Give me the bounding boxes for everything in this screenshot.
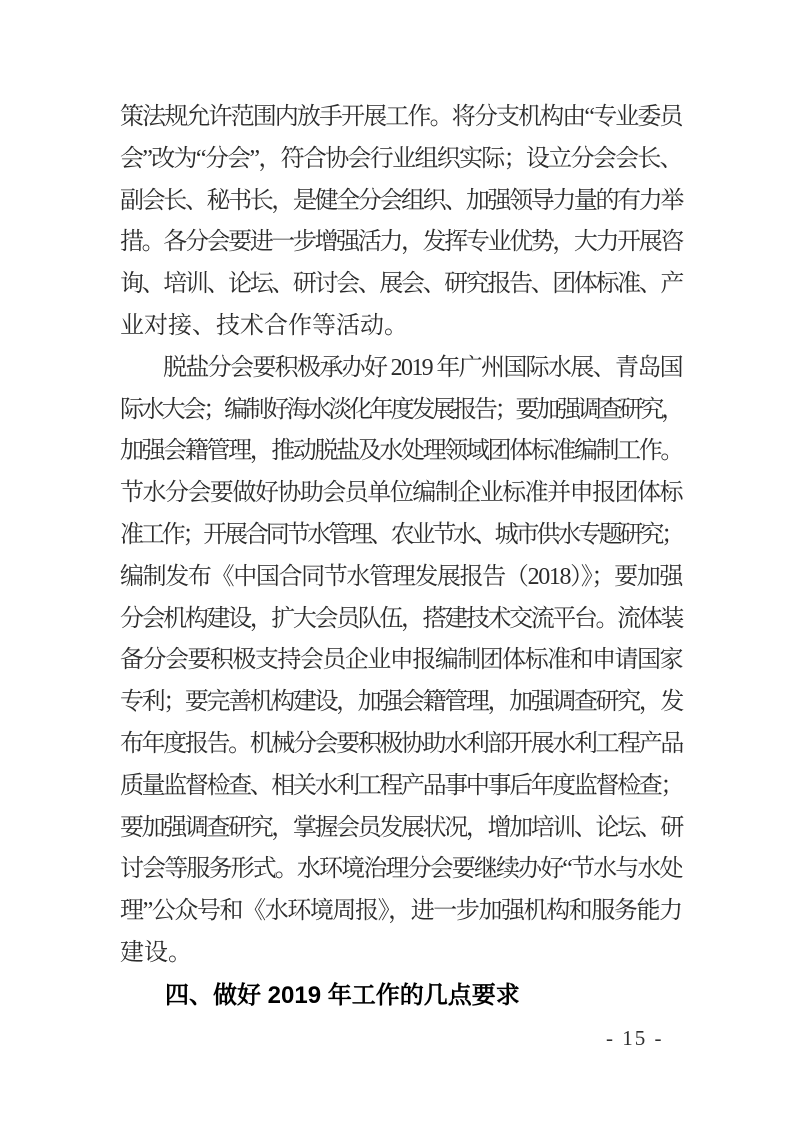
text-line-content: 措。各分会要进一步增强活力，发挥专业优势，大力开展咨 — [120, 222, 682, 264]
text-line: 建设。 — [120, 933, 682, 975]
text-line-content: 布年度报告。机械分会要积极协助水利部开展水利工程产品 — [120, 724, 682, 766]
text-line: 策法规允许范围内放手开展工作。将分支机构由“专业委员 — [120, 97, 682, 139]
text-line-content: 专利；要完善机构建设，加强会籍管理，加强调查研究，发 — [120, 682, 682, 724]
text-line: 会”改为“分会”，符合协会行业组织实际；设立分会会长、 — [120, 139, 682, 181]
text-line-content: 质量监督检查、相关水利工程产品事中事后年度监督检查； — [120, 766, 682, 808]
text-line: 分会机构建设，扩大会员队伍，搭建技术交流平台。流体装 — [120, 599, 682, 641]
text-line-content: 讨会等服务形式。水环境治理分会要继续办好“节水与水处 — [120, 849, 682, 891]
text-line: 询、培训、论坛、研讨会、展会、研究报告、团体标准、产 — [120, 264, 682, 306]
text-line: 业对接、技术合作等活动。 — [120, 306, 682, 348]
document-content: 策法规允许范围内放手开展工作。将分支机构由“专业委员会”改为“分会”，符合协会行… — [120, 97, 682, 1017]
text-line: 讨会等服务形式。水环境治理分会要继续办好“节水与水处 — [120, 849, 682, 891]
text-line-content: 副会长、秘书长，是健全分会组织、加强领导力量的有力举 — [120, 181, 682, 223]
text-line-content: 会”改为“分会”，符合协会行业组织实际；设立分会会长、 — [120, 139, 682, 181]
page-number: - 15 - — [606, 1026, 664, 1050]
section-heading: 四、做好 2019 年工作的几点要求 — [120, 975, 682, 1017]
text-line-content: 脱盐分会要积极承办好 2019 年广州国际水展、青岛国 — [163, 348, 682, 390]
text-line-content: 编制发布《中国合同节水管理发展报告（2018）》；要加强 — [120, 557, 682, 599]
text-line: 加强会籍管理，推动脱盐及水处理领域团体标准编制工作。 — [120, 431, 682, 473]
text-line-content: 建设。 — [120, 940, 192, 966]
text-line: 专利；要完善机构建设，加强会籍管理，加强调查研究，发 — [120, 682, 682, 724]
text-line-content: 询、培训、论坛、研讨会、展会、研究报告、团体标准、产 — [120, 264, 682, 306]
text-line-content: 要加强调查研究，掌握会员发展状况，增加培训、论坛、研 — [120, 808, 682, 850]
text-line-content: 理”公众号和《水环境周报》，进一步加强机构和服务能力 — [120, 891, 682, 933]
document-page: 策法规允许范围内放手开展工作。将分支机构由“专业委员会”改为“分会”，符合协会行… — [0, 0, 800, 1131]
text-line-content: 准工作；开展合同节水管理、农业节水、城市供水专题研究； — [120, 515, 682, 557]
text-line: 编制发布《中国合同节水管理发展报告（2018）》；要加强 — [120, 557, 682, 599]
text-line-content: 业对接、技术合作等活动。 — [120, 313, 408, 339]
text-line-content: 加强会籍管理，推动脱盐及水处理领域团体标准编制工作。 — [120, 431, 682, 473]
text-line: 质量监督检查、相关水利工程产品事中事后年度监督检查； — [120, 766, 682, 808]
text-line: 际水大会；编制好海水淡化年度发展报告；要加强调查研究， — [120, 390, 682, 432]
text-line-content: 际水大会；编制好海水淡化年度发展报告；要加强调查研究， — [120, 390, 682, 432]
text-line: 脱盐分会要积极承办好 2019 年广州国际水展、青岛国 — [120, 348, 682, 390]
text-line-content: 节水分会要做好协助会员单位编制企业标准并申报团体标 — [120, 473, 682, 515]
text-line: 节水分会要做好协助会员单位编制企业标准并申报团体标 — [120, 473, 682, 515]
text-line: 准工作；开展合同节水管理、农业节水、城市供水专题研究； — [120, 515, 682, 557]
text-line-content: 分会机构建设，扩大会员队伍，搭建技术交流平台。流体装 — [120, 599, 682, 641]
document-body: 策法规允许范围内放手开展工作。将分支机构由“专业委员会”改为“分会”，符合协会行… — [120, 97, 682, 975]
text-line: 备分会要积极支持会员企业申报编制团体标准和申请国家 — [120, 640, 682, 682]
text-line: 理”公众号和《水环境周报》，进一步加强机构和服务能力 — [120, 891, 682, 933]
text-line: 措。各分会要进一步增强活力，发挥专业优势，大力开展咨 — [120, 222, 682, 264]
text-line: 要加强调查研究，掌握会员发展状况，增加培训、论坛、研 — [120, 808, 682, 850]
text-line-content: 策法规允许范围内放手开展工作。将分支机构由“专业委员 — [120, 97, 682, 139]
text-line-content: 备分会要积极支持会员企业申报编制团体标准和申请国家 — [120, 640, 682, 682]
text-line: 副会长、秘书长，是健全分会组织、加强领导力量的有力举 — [120, 181, 682, 223]
text-line: 布年度报告。机械分会要积极协助水利部开展水利工程产品 — [120, 724, 682, 766]
